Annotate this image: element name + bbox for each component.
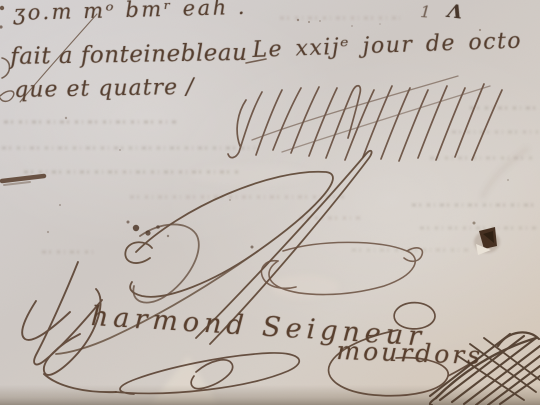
signature-capital-flourish bbox=[22, 262, 116, 392]
hatch-stroke-flourish bbox=[228, 76, 502, 161]
central-signature-flourish bbox=[56, 151, 372, 354]
small-pen-marks bbox=[0, 6, 481, 185]
oval-flourish bbox=[261, 242, 422, 294]
signature-underline-flourish bbox=[116, 353, 299, 394]
ink-specks bbox=[47, 23, 509, 233]
manuscript-photo: ʒo.m mᵒ bmʳ eah . fait a fonteinebleau L… bbox=[0, 0, 540, 405]
ink-flourishes bbox=[0, 0, 540, 405]
